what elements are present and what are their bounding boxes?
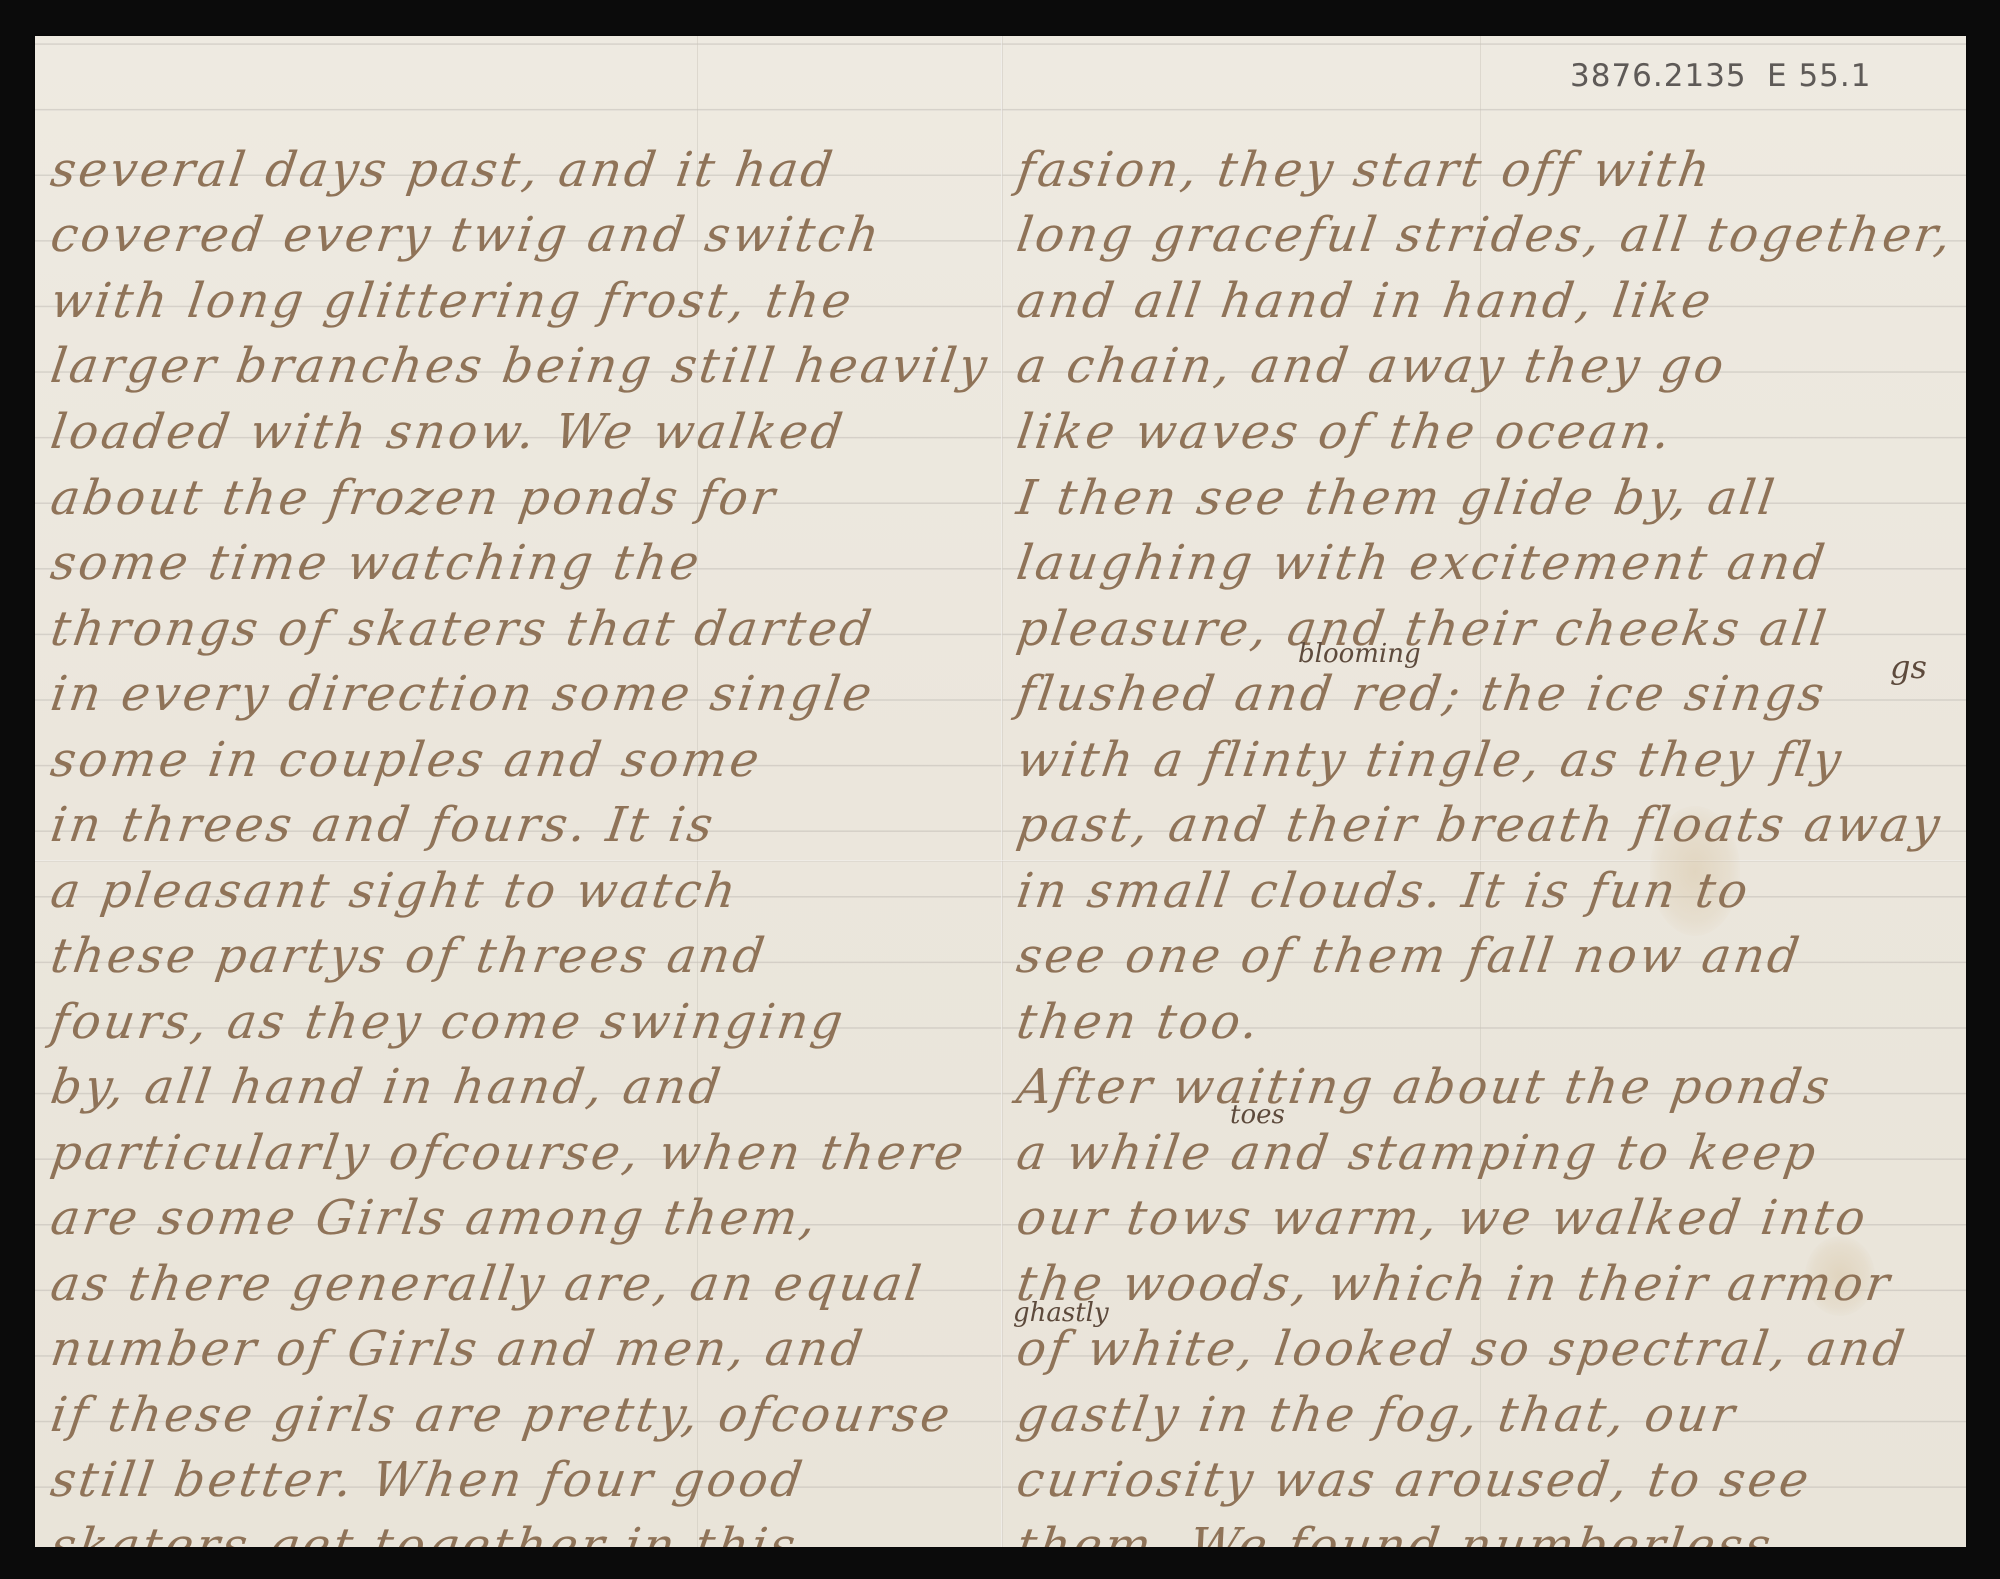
text-line: fours, as they come swinging [47, 992, 849, 1052]
text-line: flushed and red; the ice sings [1013, 664, 1830, 724]
text-line: a pleasant sight to watch [47, 861, 743, 921]
text-line: pleasure, and their cheeks all [1013, 599, 1833, 659]
text-line: our tows warm, we walked into [1013, 1188, 1872, 1248]
catalog-number: E 55.1 [1767, 58, 1871, 94]
text-line: larger branches being still heavily [47, 336, 993, 396]
text-line: a chain, and away they go [1013, 336, 1730, 396]
text-line: about the frozen ponds for [47, 468, 781, 528]
accession-number: 3876.2135 [1570, 58, 1747, 94]
text-line: see one of them fall now and [1013, 926, 1806, 986]
text-line: covered every twig and switch [47, 205, 886, 265]
text-line: throngs of skaters that darted [47, 599, 878, 659]
text-line: by, all hand in hand, and [47, 1057, 727, 1117]
text-line: in threes and fours. It is [47, 795, 719, 855]
text-line: number of Girls and men, and [47, 1319, 869, 1379]
center-fold [1001, 36, 1003, 1547]
text-line: particularly ofcourse, when there [47, 1123, 970, 1183]
text-line: these partys of threes and [47, 926, 771, 986]
text-line: some in couples and some [47, 730, 766, 790]
interlinear-correction: toes [1230, 1100, 1285, 1130]
text-line: in small clouds. It is fun to [1013, 861, 1754, 921]
text-line: as there generally are, an equal [47, 1254, 928, 1314]
text-line: fasion, they start off with [1013, 140, 1716, 200]
text-line: long graceful strides, all together, [1013, 205, 1957, 265]
text-line: past, and their breath floats away [1013, 795, 1946, 855]
interlinear-correction: gs [1890, 648, 1927, 686]
text-line: them. We found numberless [1013, 1516, 1777, 1547]
text-line: of white, looked so spectral, and [1013, 1319, 1911, 1379]
text-line: then too. [1013, 992, 1265, 1052]
text-line: After waiting about the ponds [1013, 1057, 1836, 1117]
text-line: gastly in the fog, that, our [1013, 1385, 1741, 1445]
text-line: are some Girls among them, [47, 1188, 823, 1248]
interlinear-correction: blooming [1298, 639, 1421, 669]
text-line: like waves of the ocean. [1013, 402, 1677, 462]
text-line: I then see them glide by, all [1013, 468, 1781, 528]
letter-page: 3876.2135 E 55.1 several days past, and … [35, 36, 1966, 1547]
text-line: several days past, and it had [47, 140, 839, 200]
text-line: some time watching the [47, 533, 706, 593]
text-line: with a flinty tingle, as they fly [1013, 730, 1848, 790]
interlinear-correction: ghastly [1013, 1298, 1109, 1328]
text-line: in every direction some single [47, 664, 878, 724]
text-line: a while and stamping to keep [1013, 1123, 1822, 1183]
text-line: if these girls are pretty, ofcourse [47, 1385, 956, 1445]
text-line: skaters get together in this [47, 1516, 802, 1547]
text-line: laughing with excitement and [1013, 533, 1831, 593]
text-line: loaded with snow. We walked [47, 402, 849, 462]
text-line: curiosity was aroused, to see [1013, 1450, 1815, 1510]
text-line: and all hand in hand, like [1013, 271, 1717, 331]
text-line: with long glittering frost, the [47, 271, 858, 331]
text-line: the woods, which in their armor [1013, 1254, 1896, 1314]
text-line: still better. When four good [47, 1450, 809, 1510]
